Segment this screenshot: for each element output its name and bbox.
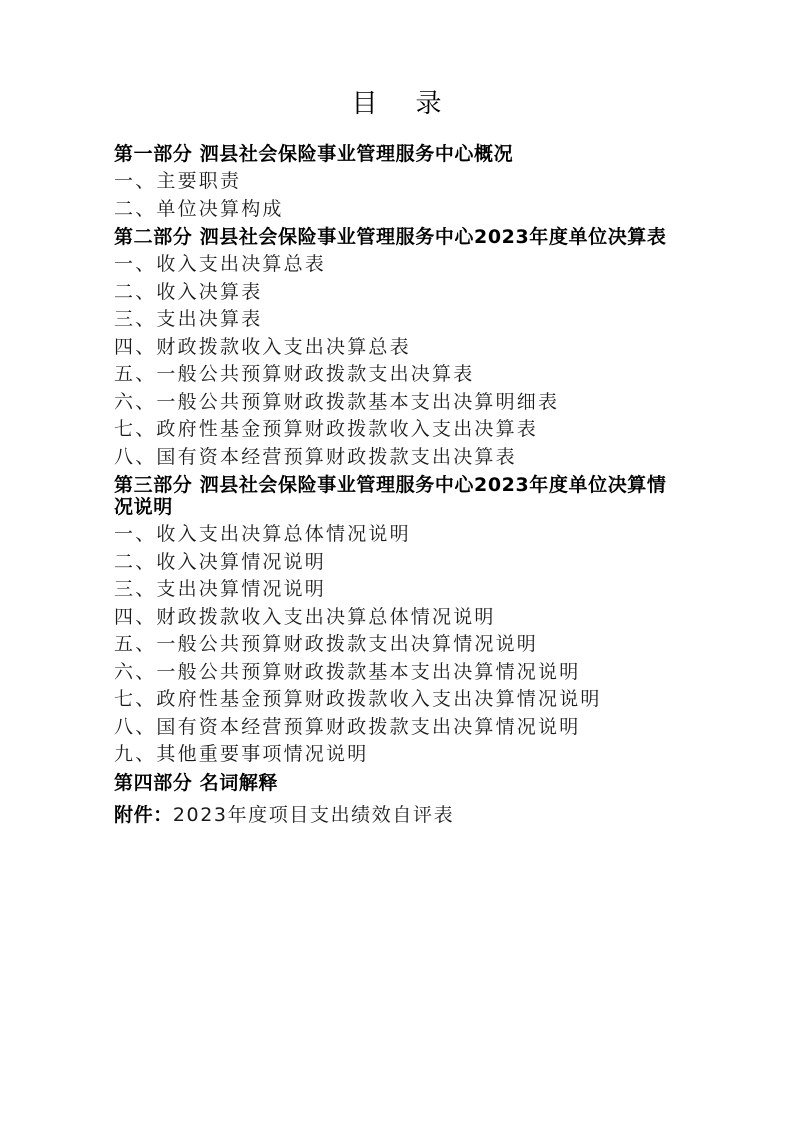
toc-item[interactable]: 五、一般公共预算财政拨款支出决算表: [114, 361, 684, 389]
toc-item[interactable]: 二、单位决算构成: [114, 196, 684, 224]
toc-item[interactable]: 五、一般公共预算财政拨款支出决算情况说明: [114, 631, 684, 659]
toc-item[interactable]: 七、政府性基金预算财政拨款收入支出决算情况说明: [114, 686, 684, 714]
toc-item[interactable]: 四、财政拨款收入支出决算总表: [114, 334, 684, 362]
toc-item[interactable]: 一、收入支出决算总体情况说明: [114, 521, 684, 549]
toc-item[interactable]: 九、其他重要事项情况说明: [114, 741, 684, 769]
attachment-text: 2023年度项目支出绩效自评表: [173, 804, 454, 826]
toc-item[interactable]: 六、一般公共预算财政拨款基本支出决算情况说明: [114, 659, 684, 687]
toc-item[interactable]: 三、支出决算表: [114, 306, 684, 334]
toc-item[interactable]: 七、政府性基金预算财政拨款收入支出决算表: [114, 416, 684, 444]
toc-part-heading-3[interactable]: 第三部分 泗县社会保险事业管理服务中心2023年度单位决算情况说明: [114, 474, 684, 518]
toc-part-heading-2[interactable]: 第二部分 泗县社会保险事业管理服务中心2023年度单位决算表: [114, 226, 684, 248]
toc-item[interactable]: 三、支出决算情况说明: [114, 576, 684, 604]
title-char-1: 目: [351, 89, 415, 119]
table-of-contents: 第一部分 泗县社会保险事业管理服务中心概况 一、主要职责 二、单位决算构成 第二…: [114, 140, 684, 829]
toc-item[interactable]: 四、财政拨款收入支出决算总体情况说明: [114, 604, 684, 632]
toc-item[interactable]: 二、收入决算表: [114, 279, 684, 307]
toc-part-heading-1[interactable]: 第一部分 泗县社会保险事业管理服务中心概况: [114, 143, 684, 165]
page-title: 目录: [0, 86, 793, 122]
title-char-2: 录: [416, 89, 442, 119]
toc-item[interactable]: 二、收入决算情况说明: [114, 549, 684, 577]
toc-item[interactable]: 一、主要职责: [114, 168, 684, 196]
toc-item[interactable]: 六、一般公共预算财政拨款基本支出决算明细表: [114, 389, 684, 417]
toc-part-heading-4[interactable]: 第四部分 名词解释: [114, 772, 684, 794]
toc-item[interactable]: 八、国有资本经营预算财政拨款支出决算情况说明: [114, 714, 684, 742]
attachment-label: 附件：: [114, 804, 173, 826]
toc-attachment[interactable]: 附件：2023年度项目支出绩效自评表: [114, 802, 684, 829]
toc-item[interactable]: 八、国有资本经营预算财政拨款支出决算表: [114, 444, 684, 472]
toc-item[interactable]: 一、收入支出决算总表: [114, 251, 684, 279]
